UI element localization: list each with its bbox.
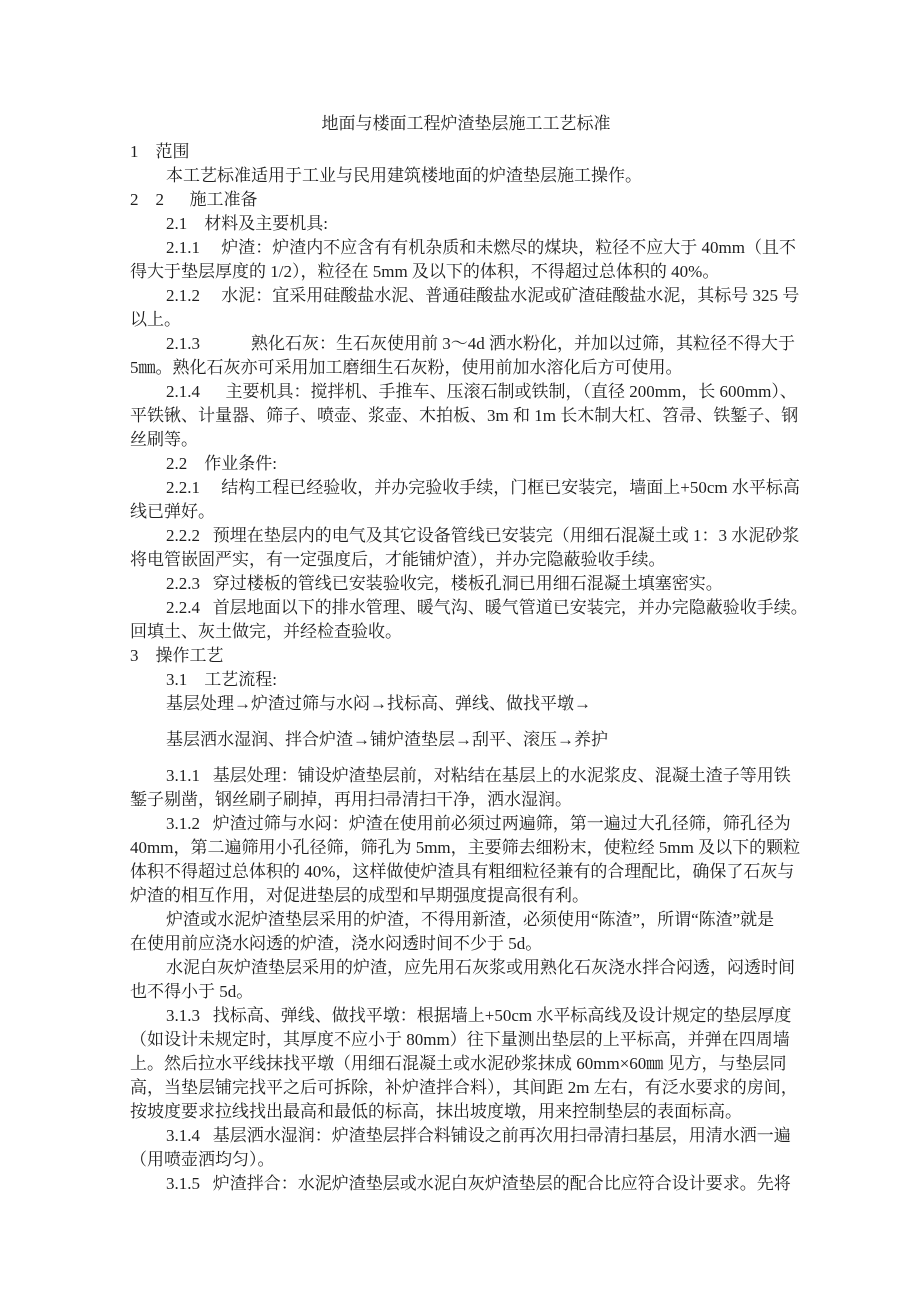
text-line: （用喷壶洒均匀）。 [130, 1148, 802, 1172]
text-line: 3.1.3 找标高、弹线、做找平墩：根据墙上+50cm 水平标高线及设计规定的垫… [130, 1004, 802, 1028]
text-line: 錾子剔凿，钢丝刷子刷掉，再用扫帚清扫干净，洒水湿润。 [130, 788, 802, 812]
text-line: 也不得小于 5d。 [130, 980, 802, 1004]
text-line: （如设计未规定时，其厚度不应小于 80mm）往下量测出垫层的上平标高，并弹在四周… [130, 1028, 802, 1052]
section-heading: 2 2 施工准备 [130, 188, 802, 212]
text-line: 上。然后拉水平线抹找平墩（用细石混凝土或水泥砂浆抹成 60mm×60㎜ 见方，与… [130, 1052, 802, 1076]
text-line: 3.1.1 基层处理：铺设炉渣垫层前，对粘结在基层上的水泥浆皮、混凝土渣子等用铁 [130, 764, 802, 788]
text-line: 40mm，第二遍筛用小孔径筛，筛孔为 5mm，主要筛去细粉末，使粒经 5mm 及… [130, 836, 802, 860]
text-line: 回填土、灰土做完，并经检查验收。 [130, 620, 802, 644]
document-page: 地面与楼面工程炉渣垫层施工工艺标准 1 范围 本工艺标准适用于工业与民用建筑楼地… [0, 0, 920, 1302]
text-line: 3.1.2 炉渣过筛与水闷：炉渣在使用前必须过两遍筛，第一遍过大孔径筛，筛孔径为 [130, 812, 802, 836]
text-line: 丝刷等。 [130, 428, 802, 452]
text-line: 2.1.4 主要机具：搅拌机、手推车、压滚石制或铁制，（直径 200mm，长 6… [130, 380, 802, 404]
text-line: 2.2.3 穿过楼板的管线已安装验收完，楼板孔洞已用细石混凝土填塞密实。 [130, 572, 802, 596]
subsection-heading: 3.1 工艺流程: [130, 668, 802, 692]
section-heading: 3 操作工艺 [130, 644, 802, 668]
section-heading: 1 范围 [130, 140, 802, 164]
text-line: 3.1.5 炉渣拌合：水泥炉渣垫层或水泥白灰炉渣垫层的配合比应符合设计要求。先将 [130, 1172, 802, 1196]
text-line: 平铁锹、计量器、筛子、喷壶、浆壶、木拍板、3m 和 1m 长木制大杠、笤帚、铁錾… [130, 404, 802, 428]
text-line: 线已弹好。 [130, 500, 802, 524]
text-line: 2.1.2 水泥：宜采用硅酸盐水泥、普通硅酸盐水泥或矿渣硅酸盐水泥，其标号 32… [130, 284, 802, 308]
text-line: 2.1.3 熟化石灰：生石灰使用前 3～4d 洒水粉化，并加以过筛，其粒径不得大… [130, 332, 802, 356]
subsection-heading: 2.2 作业条件: [130, 452, 802, 476]
subsection-heading: 2.1 材料及主要机具: [130, 212, 802, 236]
text-line: 5㎜。熟化石灰亦可采用加工磨细生石灰粉，使用前加水溶化后方可使用。 [130, 356, 802, 380]
text-line: 体积不得超过总体积的 40%，这样做使炉渣具有粗细粒径兼有的合理配比，确保了石灰… [130, 860, 802, 884]
text-line: 炉渣或水泥炉渣垫层采用的炉渣，不得用新渣，必须使用“陈渣”，所谓“陈渣”就是 [130, 908, 802, 932]
text-line: 2.2.1 结构工程已经验收，并办完验收手续，门框已安装完，墙面上+50cm 水… [130, 476, 802, 500]
text-line: 炉渣的相互作用，对促进垫层的成型和早期强度提高很有利。 [130, 884, 802, 908]
text-line: 水泥白灰炉渣垫层采用的炉渣，应先用石灰浆或用熟化石灰浇水拌合闷透，闷透时间 [130, 956, 802, 980]
text-line: 3.1.4 基层洒水湿润：炉渣垫层拌合料铺设之前再次用扫帚清扫基层，用清水洒一遍 [130, 1124, 802, 1148]
text-line: 将电管嵌固严实，有一定强度后，才能铺炉渣），并办完隐蔽验收手续。 [130, 548, 802, 572]
text-line: 得大于垫层厚度的 1/2），粒径在 5mm 及以下的体积，不得超过总体积的 40… [130, 260, 802, 284]
text-line: 按坡度要求拉线找出最高和最低的标高，抹出坡度墩，用来控制垫层的表面标高。 [130, 1100, 802, 1124]
text-line: 本工艺标准适用于工业与民用建筑楼地面的炉渣垫层施工操作。 [130, 164, 802, 188]
page-title: 地面与楼面工程炉渣垫层施工工艺标准 [130, 112, 802, 136]
text-line: 在使用前应浇水闷透的炉渣，浇水闷透时间不少于 5d。 [130, 932, 802, 956]
text-line: 2.2.4 首层地面以下的排水管理、暖气沟、暖气管道已安装完，并办完隐蔽验收手续… [130, 596, 802, 620]
flow-chart-line: 基层处理→炉渣过筛与水闷→找标高、弹线、做找平墩→ [130, 692, 802, 716]
text-line: 2.1.1 炉渣：炉渣内不应含有有机杂质和未燃尽的煤块，粒径不应大于 40mm（… [130, 236, 802, 260]
text-line: 以上。 [130, 308, 802, 332]
flow-chart-line: 基层洒水湿润、拌合炉渣→铺炉渣垫层→刮平、滚压→养护 [130, 728, 802, 752]
text-line: 高，当垫层铺完找平之后可拆除，补炉渣拌合料），其间距 2m 左右，有泛水要求的房… [130, 1076, 802, 1100]
text-line: 2.2.2 预埋在垫层内的电气及其它设备管线已安装完（用细石混凝土或 1：3 水… [130, 524, 802, 548]
